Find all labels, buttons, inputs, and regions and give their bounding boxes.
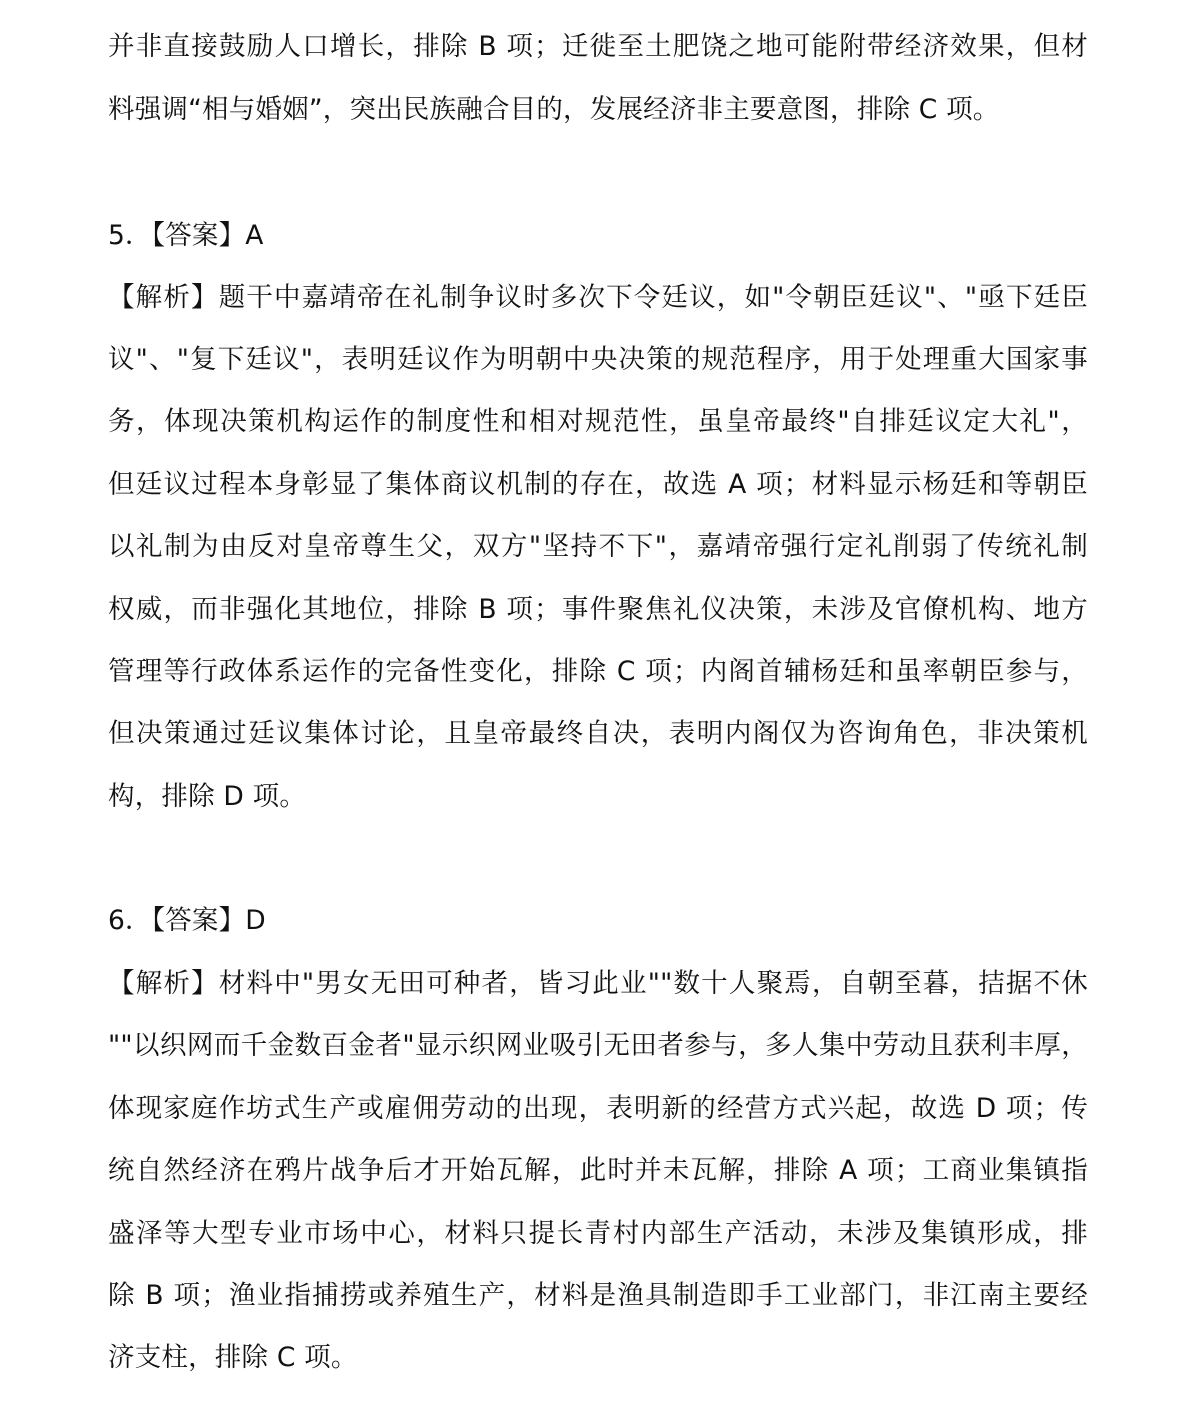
q6-analysis-line-7: 济支柱，排除 C 项。 [108,1338,1088,1378]
q5-analysis-line-7: 管理等行政体系运作的完备性变化，排除 C 项；内阁首辅杨廷和虽率朝臣参与， [108,652,1088,692]
q5-analysis-line-6: 权威，而非强化其地位，排除 B 项；事件聚焦礼仪决策，未涉及官僚机构、地方 [108,590,1088,630]
q5-analysis-line-8: 但决策通过廷议集体讨论，且皇帝最终自决，表明内阁仅为咨询角色，非决策机 [108,714,1088,754]
q5-analysis-line-5: 以礼制为由反对皇帝尊生父，双方"坚持不下"，嘉靖帝强行定礼削弱了传统礼制 [108,527,1088,567]
q6-analysis-line-1: 【解析】材料中"男女无田可种者，皆习此业""数十人聚焉，自朝至暮，拮据不休 [108,964,1088,1004]
carryover-line-2: 料强调“相与婚姻”，突出民族融合目的，发展经济非主要意图，排除 C 项。 [108,90,1088,130]
q6-analysis-line-3: 体现家庭作坊式生产或雇佣劳动的出现，表明新的经营方式兴起，故选 D 项；传 [108,1089,1088,1129]
q6-answer-heading: 6．【答案】D [108,901,1088,941]
q5-answer-heading: 5．【答案】A [108,216,1088,256]
q6-analysis-line-2: ""以织网而千金数百金者"显示织网业吸引无田者参与，多人集中劳动且获利丰厚， [108,1026,1088,1066]
document-page: 并非直接鼓励人口增长，排除 B 项；迁徙至土肥饶之地可能附带经济效果，但材 料强… [0,0,1190,1404]
q6-analysis-line-6: 除 B 项；渔业指捕捞或养殖生产，材料是渔具制造即手工业部门，非江南主要经 [108,1276,1088,1316]
q5-analysis-line-2: 议"、"复下廷议"，表明廷议作为明朝中央决策的规范程序，用于处理重大国家事 [108,340,1088,380]
q5-analysis-line-9: 构，排除 D 项。 [108,777,1088,817]
q6-analysis-line-4: 统自然经济在鸦片战争后才开始瓦解，此时并未瓦解，排除 A 项；工商业集镇指 [108,1151,1088,1191]
q5-analysis-line-1: 【解析】题干中嘉靖帝在礼制争议时多次下令廷议，如"令朝臣廷议"、"亟下廷臣 [108,278,1088,318]
q5-analysis-line-4: 但廷议过程本身彰显了集体商议机制的存在，故选 A 项；材料显示杨廷和等朝臣 [108,465,1088,505]
q6-analysis-line-5: 盛泽等大型专业市场中心，材料只提长青村内部生产活动，未涉及集镇形成，排 [108,1214,1088,1254]
q5-analysis-line-3: 务，体现决策机构运作的制度性和相对规范性，虽皇帝最终"自排廷议定大礼"， [108,402,1088,442]
carryover-line-1: 并非直接鼓励人口增长，排除 B 项；迁徙至土肥饶之地可能附带经济效果，但材 [108,27,1088,67]
